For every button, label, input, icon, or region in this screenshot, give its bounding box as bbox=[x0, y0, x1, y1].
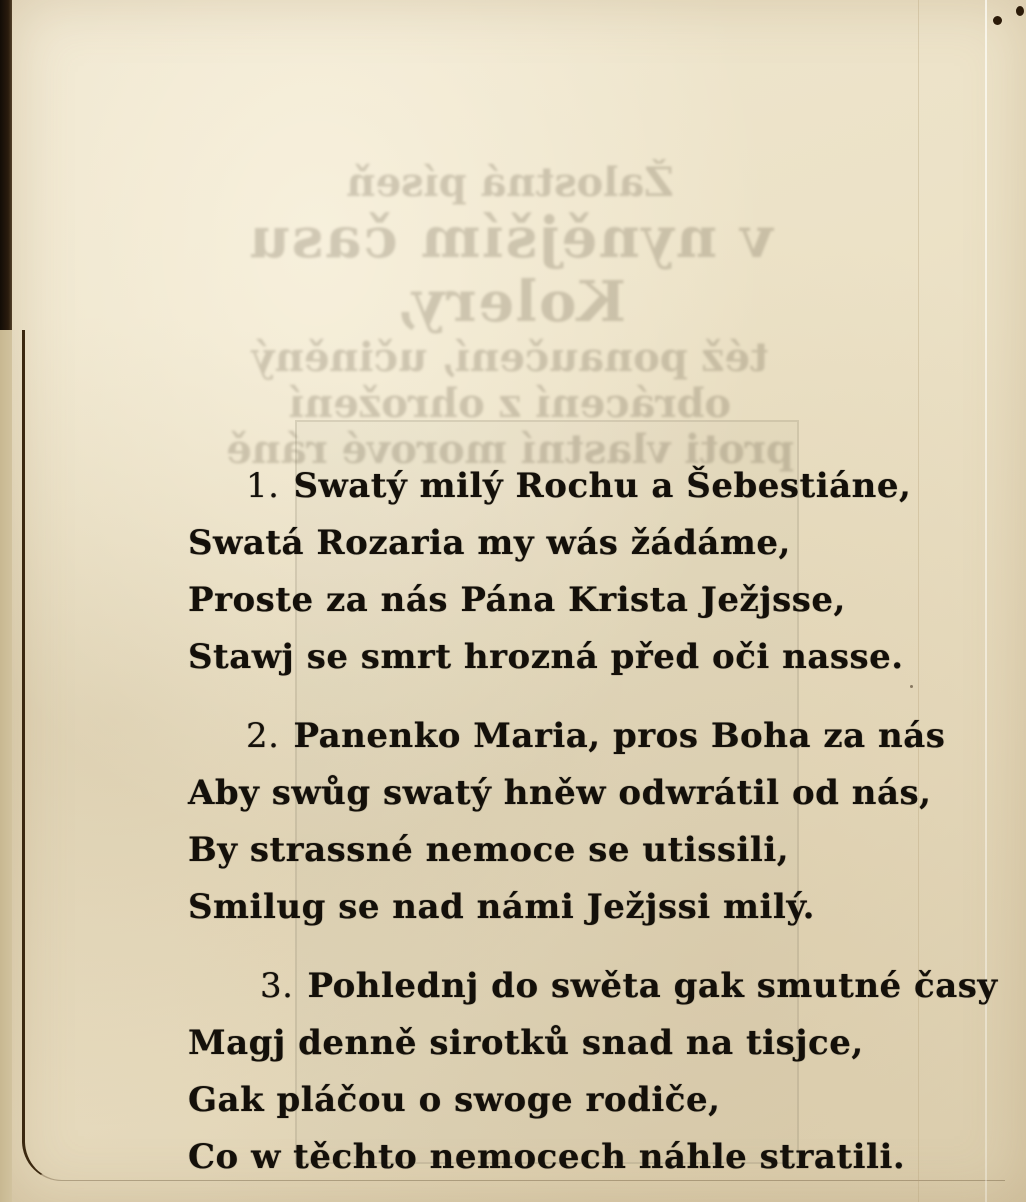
stanza-line: Aby swůg swatý hněw odwrátil od nás, bbox=[188, 765, 948, 822]
stanza-line: Stawj se smrt hrozná před oči nasse. bbox=[188, 629, 948, 686]
fold-crease bbox=[985, 0, 987, 1202]
stanza-line: Gak pláčou o swoge rodiče, bbox=[188, 1072, 948, 1129]
stanza-3: 3.Pohlednj do swěta gak smutné časy Magj… bbox=[188, 958, 948, 1186]
hymn-text: 1.Swatý milý Rochu a Šebestiáne, Swatá R… bbox=[188, 458, 948, 1202]
stanza-line: Smilug se nad námi Ježjssi milý. bbox=[188, 879, 948, 936]
stanza-line: By strassné nemoce se utissili, bbox=[188, 822, 948, 879]
stanza-line: 2.Panenko Maria, pros Boha za nás bbox=[188, 708, 948, 765]
stanza-line: Swatá Rozaria my wás žádáme, bbox=[188, 515, 948, 572]
ink-spot bbox=[1016, 6, 1024, 16]
stanza-line: Magj denně sirotků snad na tisjce, bbox=[188, 1015, 948, 1072]
showthrough-line: v nynějším času Kolery, bbox=[150, 206, 870, 335]
stanza-line: Proste za nás Pána Krista Ježjsse, bbox=[188, 572, 948, 629]
stanza-number: 3. bbox=[260, 966, 293, 1006]
verse-text: Pohlednj do swěta gak smutné časy bbox=[307, 966, 997, 1006]
stanza-line: Co w těchto nemocech náhle stratili. bbox=[188, 1129, 948, 1186]
stanza-line: 1.Swatý milý Rochu a Šebestiáne, bbox=[188, 458, 948, 515]
showthrough-text: Žalostná píseň v nynějším času Kolery, t… bbox=[150, 160, 870, 473]
showthrough-line: též ponaučení, učiněný obrácení z ohrože… bbox=[150, 335, 870, 427]
showthrough-line: Žalostná píseň bbox=[150, 160, 870, 206]
verse-text: Swatý milý Rochu a Šebestiáne, bbox=[293, 466, 911, 506]
stanza-2: 2.Panenko Maria, pros Boha za nás Aby sw… bbox=[188, 708, 948, 936]
scanned-page: Žalostná píseň v nynějším času Kolery, t… bbox=[0, 0, 1026, 1202]
stanza-line: 3.Pohlednj do swěta gak smutné časy bbox=[188, 958, 948, 1015]
stanza-number: 2. bbox=[246, 716, 279, 756]
ink-spot bbox=[993, 16, 1002, 25]
verse-text: Panenko Maria, pros Boha za nás bbox=[293, 716, 945, 756]
stanza-1: 1.Swatý milý Rochu a Šebestiáne, Swatá R… bbox=[188, 458, 948, 686]
stanza-number: 1. bbox=[246, 466, 279, 506]
